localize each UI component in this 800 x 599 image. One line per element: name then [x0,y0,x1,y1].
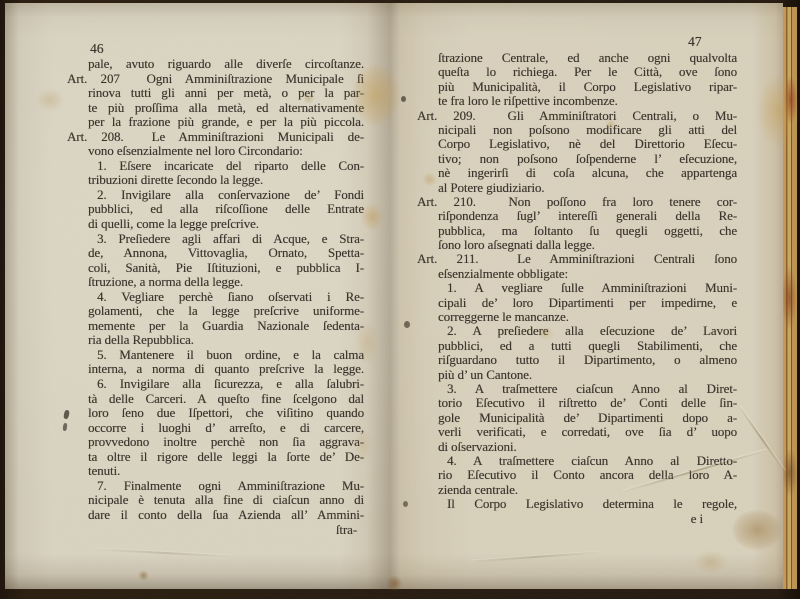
page-number-left: 46 [90,41,104,57]
text-line: te fra loro le riſpettive incombenze. [417,94,737,108]
text-line: tenuti. [67,464,364,479]
text-line: più d’ un Cantone. [417,368,737,382]
text-line: 4. Vegliare perchè ſiano oſservati i Re- [67,290,364,305]
text-line: coli, Sanità, Pie Iſtituzioni, e pubblic… [67,261,364,276]
text-line: eſsenzialmente obbligate: [417,267,737,281]
text-line: di oſservazioni. [417,440,737,454]
text-line: tivo; non poſsono ſoſpenderne l’ eſecuzi… [417,152,737,166]
text-line: 2. A preſiedere alla eſecuzione de’ Lavo… [417,324,737,338]
text-line: Art. 208. Le Amminiſtrazioni Municipali … [67,130,364,145]
text-line: pubblici, ed a tutti quegli Stabilimenti… [417,339,737,353]
text-line: verli verificati, e corredati, ove ſia d… [417,425,737,439]
text-line: gole Municipalità de’ Dipartimenti dopo … [417,411,737,425]
text-line: torio Eſecutivo il riſtretto de’ Conti d… [417,396,737,410]
text-line: te più proſſima alla metà, ed alternativ… [67,101,364,116]
text-line: riſpondenza ſugl’ intereſſi generali del… [417,209,737,223]
text-line: cipali de’ loro Dipartimenti per impedir… [417,296,737,310]
text-line: golamenti, che la legge preſcrive unifor… [67,304,364,319]
text-line: pubblici, ed alla riſcoſſione delle Entr… [67,202,364,217]
text-line: riſguardano tutto il Dipartimento, o alm… [417,353,737,367]
text-line: loro ſeno due Iſpettori, che viſitino qu… [67,406,364,421]
text-line: pubblica, ma ſoltanto ſu quegli oggetti,… [417,224,737,238]
text-line: 1. A vegliare ſulle Amminiſtrazioni Muni… [417,281,737,295]
text-line: zienda centrale. [417,483,737,497]
text-line: occorre i luoghi d’ arreſto, e di carcer… [67,421,364,436]
text-line: rio Eſecutivo il Conto ancora della loro… [417,468,737,482]
text-line: ſtrazione Centrale, ed anche ogni qualvo… [417,51,737,65]
text-line: rinova tutti gli anni per metà, o per la… [67,86,364,101]
text-line: al Potere giudiziario. [417,181,737,195]
text-line: Art. 211. Le Amminiſtrazioni Centrali ſo… [417,252,737,266]
page-number-right: 47 [688,34,702,50]
text-line: de, Annona, Vittovaglia, Ornato, Spetta- [67,246,364,261]
text-line: ta oltre il rigore delle leggi la ſorte … [67,450,364,465]
text-line: interna, a norma di quanto preſcrive la … [67,362,364,377]
text-line: provvedono inoltre perchè non ſia aggrav… [67,435,364,450]
text-line: 1. Eſsere incaricate del riparto delle C… [67,159,364,174]
text-line: nicipali non poſsono modificare gli atti… [417,123,737,137]
text-line: ſtra- [67,523,364,538]
text-line: pale, avuto riguardo alle diverſe circoſ… [67,57,364,72]
text-line: 3. A traſmettere ciaſcun Anno al Diret- [417,382,737,396]
text-line: per la frazione più grande, e per la più… [67,115,364,130]
text-line: Art. 209. Gli Amminiſtratori Centrali, o… [417,109,737,123]
book-photo: 46 47 pale, avuto riguardo alle diverſe … [0,0,800,599]
text-line: Art. 207 Ogni Amminiſtrazione Municipale… [67,72,364,87]
text-line: Corpo Legislativo, nè del Direttorio Eſe… [417,137,737,151]
text-line: vono eſsenzialmente nel loro Circondario… [67,144,364,159]
text-line: 5. Mantenere il buon ordine, e la calma [67,348,364,363]
text-line: più Municipalità, il Corpo Legislativo r… [417,80,737,94]
text-line: 2. Invigilare alla conſervazione de’ Fon… [67,188,364,203]
text-line: memente per la Guardia Nazionale ſedenta… [67,319,364,334]
text-line: Art. 210. Non poſſono fra loro tenere co… [417,195,737,209]
page-right-text: ſtrazione Centrale, ed anche ogni qualvo… [417,51,737,526]
text-line: ſtruzione, a norma della legge. [67,275,364,290]
text-line: 4. A traſmettere ciaſcun Anno al Diretto… [417,454,737,468]
text-line: e i [417,512,737,526]
text-line: ria della Repubblica. [67,333,364,348]
text-line: tribuzioni dirette ſecondo la legge. [67,173,364,188]
text-line: queſta lo richiega. Per le Città, ove ſo… [417,65,737,79]
text-line: 7. Finalmente ogni Amminiſtrazione Mu- [67,479,364,494]
text-line: 6. Invigilare alla ſicurezza, e alla ſal… [67,377,364,392]
text-line: dare il conto della ſua Azienda all’ Amm… [67,508,364,523]
page-left-text: pale, avuto riguardo alle diverſe circoſ… [67,57,364,537]
text-line: nicipale è tenuta alla fine di ciaſcun a… [67,493,364,508]
text-line: 3. Preſiedere agli affari di Acque, e St… [67,232,364,247]
text-line: di quelli, come la legge preſcrive. [67,217,364,232]
text-line: correggerne le mancanze. [417,310,737,324]
text-line: Il Corpo Legislativo determina le regole… [417,497,737,511]
text-line: nè ingerirſi di coſa alcuna, che apparte… [417,166,737,180]
fore-edge-pages [783,7,797,589]
text-line: tà delle Carceri. A queſto fine ſcelgono… [67,392,364,407]
text-line: ſono loro aſsegnati dalla legge. [417,238,737,252]
